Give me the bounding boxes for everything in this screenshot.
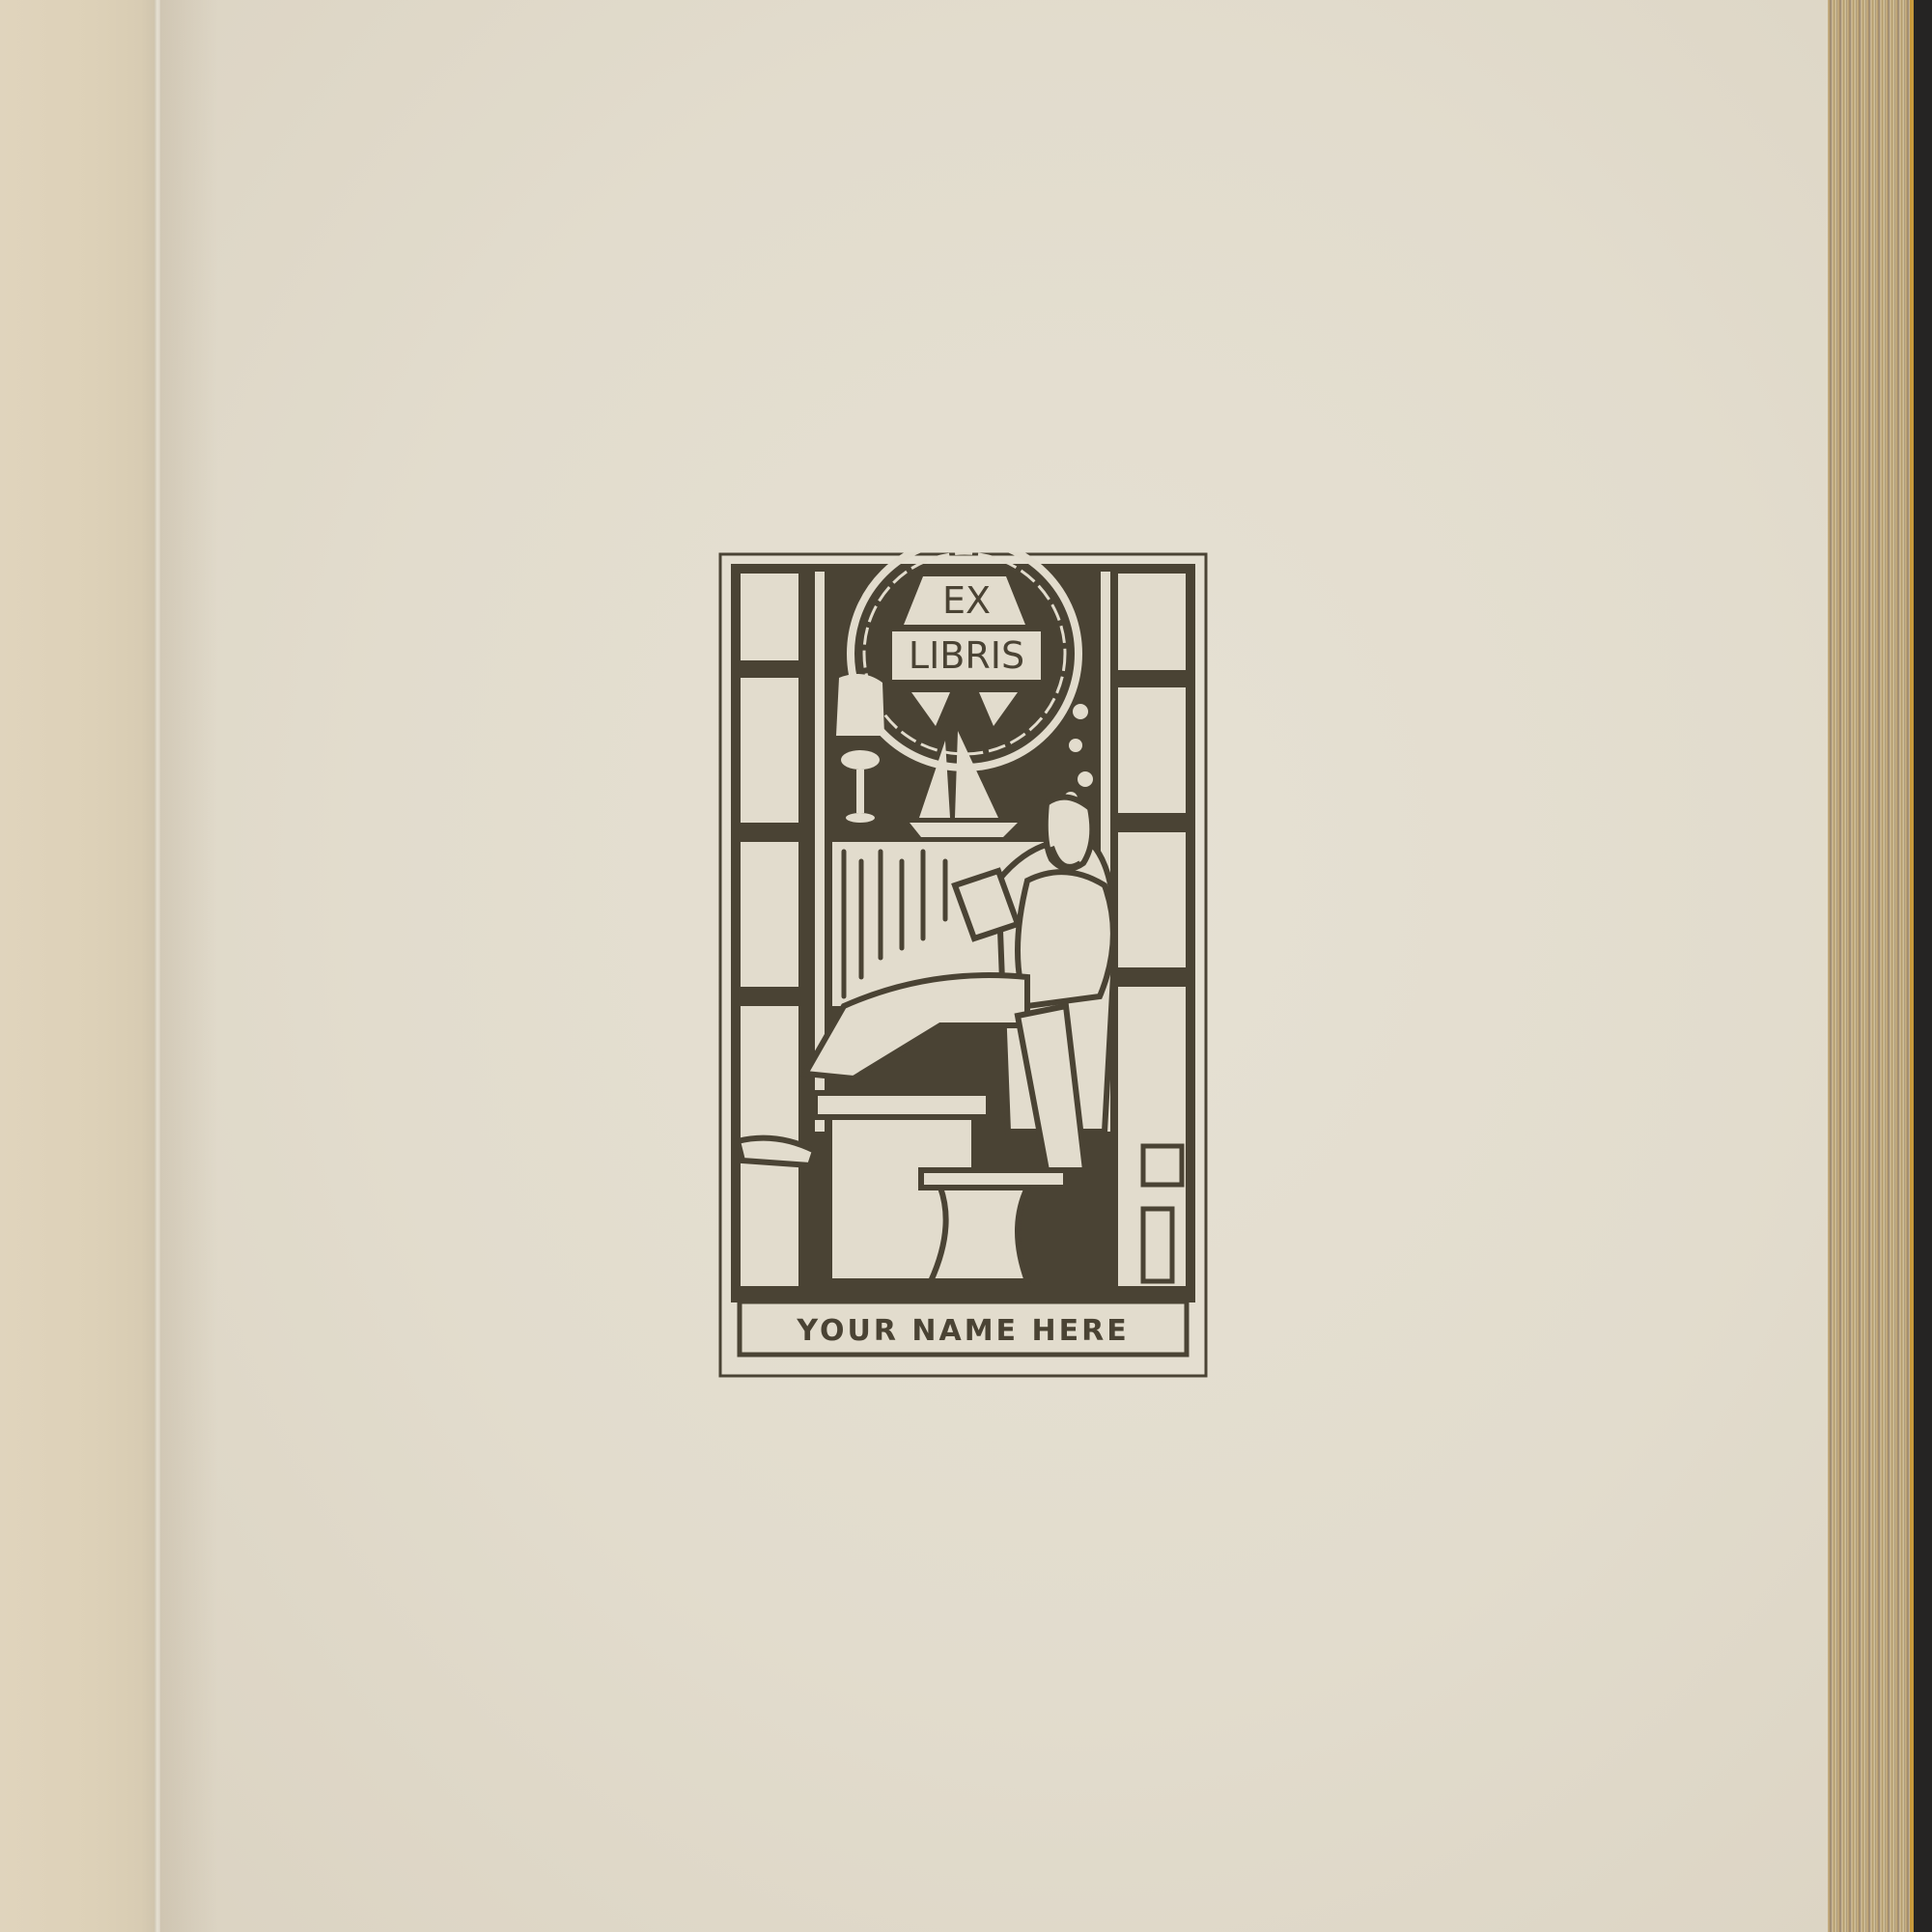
book-cover <box>1914 0 1932 1932</box>
page-edges <box>1828 0 1913 1932</box>
owner-name: YOUR NAME HERE <box>718 1314 1208 1348</box>
flyleaf-page <box>0 0 156 1932</box>
ex-libris-line1: EX <box>892 579 1041 622</box>
bookplate: EX LIBRIS YOUR NAME HERE <box>718 552 1208 1378</box>
ex-libris-line2: LIBRIS <box>892 633 1041 678</box>
gutter-shadow <box>160 0 218 1932</box>
